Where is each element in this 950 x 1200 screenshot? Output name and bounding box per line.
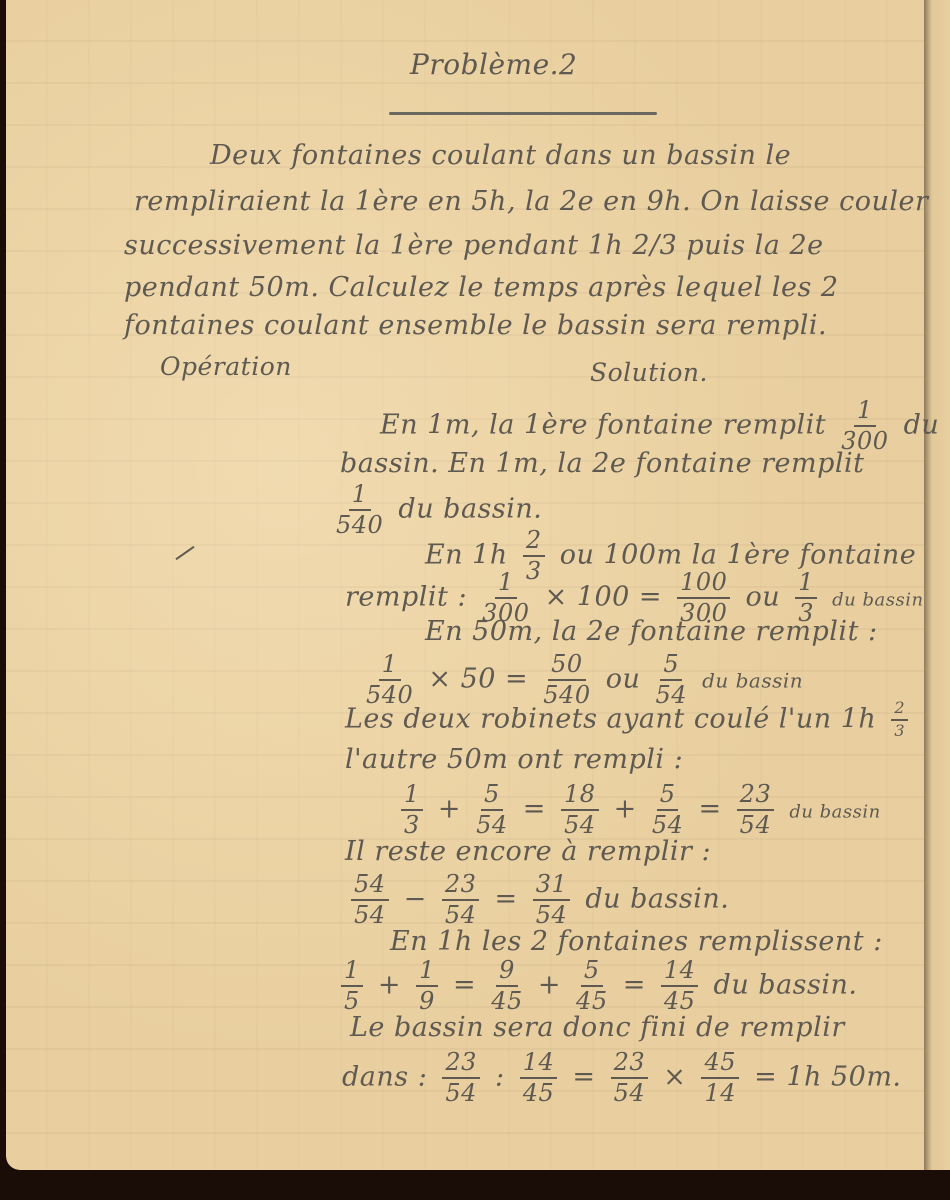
fraction: 13 bbox=[401, 782, 423, 838]
solution-line: En 50m, la 2e fontaine remplit : bbox=[425, 616, 878, 647]
fraction: 23 bbox=[891, 700, 908, 740]
fraction: 5454 bbox=[351, 872, 389, 928]
solution-line: 13 + 554 = 1854 + 554 = 2354 du bassin bbox=[395, 782, 881, 838]
page-title: Problème.2 bbox=[410, 48, 577, 81]
fraction: 1300 bbox=[841, 398, 888, 454]
fraction: 3154 bbox=[533, 872, 571, 928]
fraction: 4514 bbox=[701, 1050, 739, 1106]
statement-line: fontaines coulant ensemble le bassin ser… bbox=[124, 310, 827, 341]
fraction: 1540 bbox=[336, 482, 383, 538]
solution-line: Les deux robinets ayant coulé l'un 1h 23 bbox=[345, 700, 914, 740]
fraction: 1445 bbox=[661, 958, 699, 1014]
solution-line: Le bassin sera donc fini de remplir bbox=[350, 1012, 845, 1043]
fraction: 1854 bbox=[561, 782, 599, 838]
solution-line: l'autre 50m ont rempli : bbox=[345, 744, 683, 775]
solution-line: 15 + 19 = 945 + 545 = 1445 du bassin. bbox=[335, 958, 858, 1014]
operation-header: Opération bbox=[160, 352, 292, 381]
statement-line: successivement la 1ère pendant 1h 2/3 pu… bbox=[124, 230, 824, 261]
solution-line: bassin. En 1m, la 2e fontaine remplit bbox=[340, 448, 865, 479]
fraction: 554 bbox=[652, 782, 684, 838]
statement-line: Deux fontaines coulant dans un bassin le bbox=[210, 140, 791, 171]
fraction: 2354 bbox=[442, 872, 480, 928]
fraction: 2354 bbox=[611, 1050, 649, 1106]
solution-line: Il reste encore à remplir : bbox=[345, 836, 711, 867]
solution-header: Solution. bbox=[590, 358, 708, 387]
title-underline bbox=[389, 112, 657, 115]
solution-line: 5454 − 2354 = 3154 du bassin. bbox=[345, 872, 729, 928]
statement-line: rempliraient la 1ère en 5h, la 2e en 9h.… bbox=[134, 186, 928, 217]
fraction: 2354 bbox=[442, 1050, 480, 1106]
solution-line: En 1m, la 1ère fontaine remplit 1300 du bbox=[380, 398, 939, 454]
fraction: 15 bbox=[341, 958, 363, 1014]
fraction: 554 bbox=[476, 782, 508, 838]
fraction: 545 bbox=[576, 958, 608, 1014]
fraction: 1445 bbox=[520, 1050, 558, 1106]
fraction: 945 bbox=[491, 958, 523, 1014]
fraction: 19 bbox=[416, 958, 438, 1014]
notebook-binding bbox=[924, 0, 950, 1170]
solution-line: dans : 2354 : 1445 = 2354 × 4514 = 1h 50… bbox=[342, 1050, 902, 1106]
statement-line: pendant 50m. Calculez le temps après leq… bbox=[124, 272, 839, 303]
solution-line: En 1h les 2 fontaines remplissent : bbox=[390, 926, 883, 957]
fraction: 2354 bbox=[737, 782, 775, 838]
